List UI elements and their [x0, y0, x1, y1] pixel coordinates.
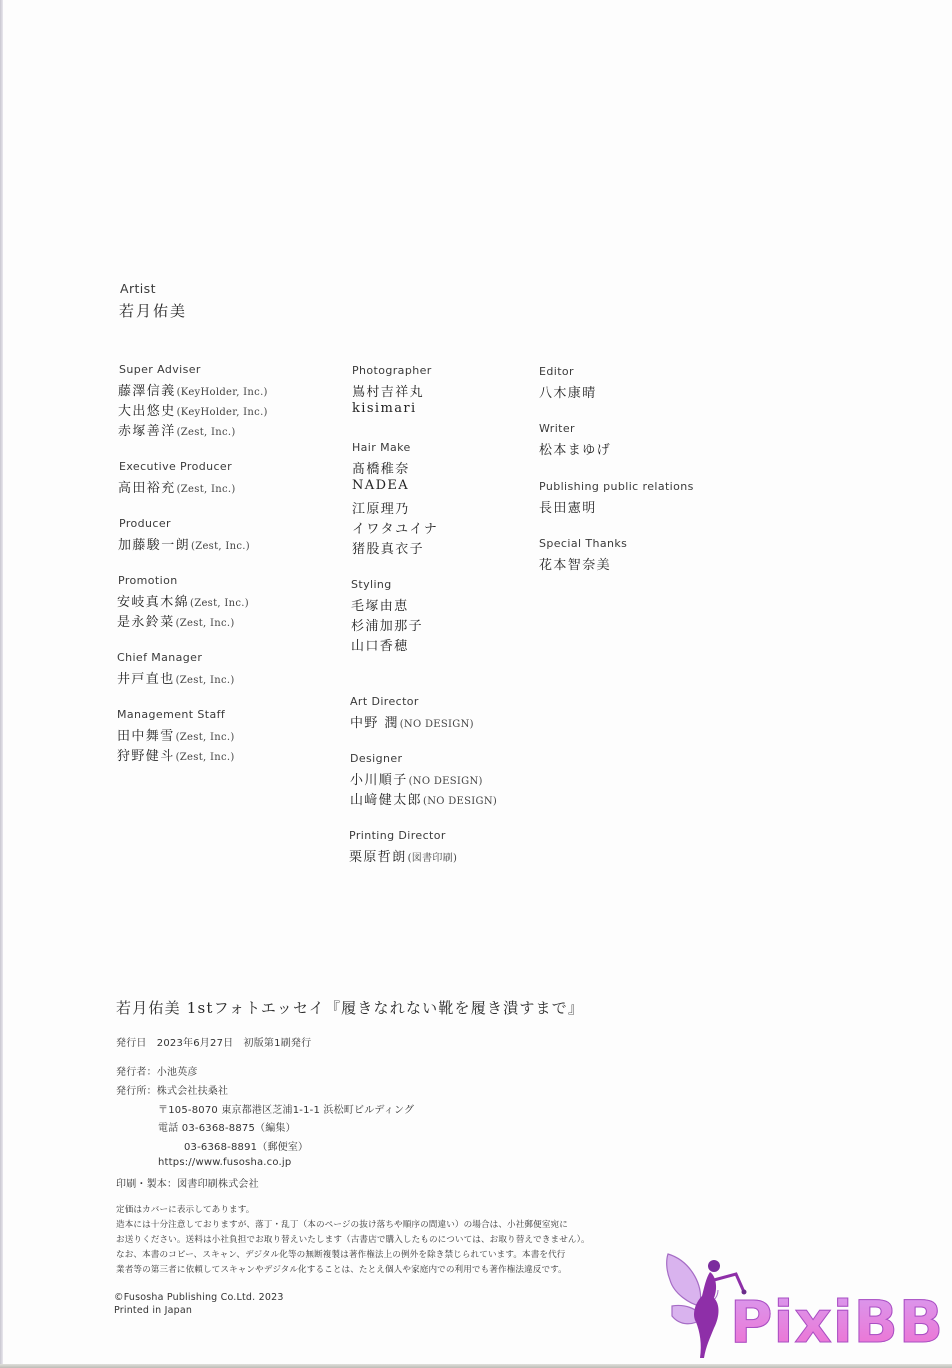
credit-name: 安岐真木綿(Zest, Inc.): [117, 591, 249, 610]
credit-name: 加藤駿一朗(Zest, Inc.): [118, 534, 250, 553]
credit-name: 赤塚善洋(Zest, Inc.): [118, 420, 236, 439]
credit-name: 栗原哲朗(図書印刷): [349, 846, 457, 865]
notice-line: 定価はカバーに表示してあります。: [116, 1203, 254, 1215]
credit-name: 田中舞雪(Zest, Inc.): [117, 725, 235, 744]
page-edge-bottom: [0, 1364, 952, 1368]
notice-line: 業者等の第三者に依頼してスキャンやデジタル化することは、たとえ個人や家庭内での利…: [116, 1263, 567, 1275]
role-photographer: Photographer: [352, 364, 432, 377]
credit-name: 山﨑健太郎(NO DESIGN): [350, 789, 497, 808]
publisher-address: 〒105-8070 東京都港区芝浦1-1-1 浜松町ビルディング: [158, 1101, 414, 1116]
publisher-person: 発行者：小池英彦: [116, 1063, 198, 1078]
credit-name: 山口香穂: [351, 635, 409, 654]
notice-line: 造本には十分注意しておりますが、落丁・乱丁（本のページの抜け落ちや順序の間違い）…: [116, 1218, 568, 1230]
role-styling: Styling: [351, 578, 392, 591]
credit-name: 井戸直也(Zest, Inc.): [117, 668, 235, 687]
role-designer: Designer: [350, 752, 402, 765]
role-writer: Writer: [539, 422, 575, 435]
credit-name: 髙橋稚奈: [352, 458, 410, 477]
role-art-director: Art Director: [350, 695, 419, 708]
printing-info: 印刷・製本：図書印刷株式会社: [116, 1175, 259, 1190]
notice-line: なお、本書のコピー、スキャン、デジタル化等の無断複製は著作権法上の例外を除き禁じ…: [116, 1248, 566, 1260]
credit-name: 毛塚由恵: [351, 595, 409, 614]
credit-name: 八木康晴: [539, 382, 597, 401]
credit-name: 狩野健斗(Zest, Inc.): [117, 745, 235, 764]
copyright: ©Fusosha Publishing Co.Ltd. 2023: [114, 1292, 284, 1303]
notice-line: お送りください。送料は小社負担でお取り替えいたします（古書店で購入したものについ…: [116, 1233, 590, 1245]
watermark-text: PixiBB: [730, 1288, 944, 1356]
credit-name: 杉浦加那子: [351, 615, 423, 634]
role-management-staff: Management Staff: [117, 708, 225, 721]
credit-name: 長田憲明: [539, 497, 597, 516]
credit-name: 小川順子(NO DESIGN): [350, 769, 483, 788]
credit-name: イワタユイナ: [352, 518, 438, 537]
role-hair-make: Hair Make: [352, 441, 411, 454]
phone-editorial: 電話 03-6368-8875（編集）: [158, 1119, 296, 1134]
credit-name: 江原理乃: [352, 498, 410, 517]
credit-name: 松本まゆげ: [539, 439, 611, 458]
credit-name: 高田裕充(Zest, Inc.): [118, 477, 236, 496]
credit-name: 大出悠史(KeyHolder, Inc.): [118, 400, 268, 419]
role-producer: Producer: [119, 517, 171, 530]
role-printing-director: Printing Director: [349, 829, 446, 842]
role-super-adviser: Super Adviser: [119, 363, 201, 376]
role-publishing-pr: Publishing public relations: [539, 480, 694, 493]
credit-name: 嶌村吉祥丸: [352, 381, 424, 400]
role-promotion: Promotion: [118, 574, 178, 587]
artist-name: 若月佑美: [119, 300, 187, 321]
publisher-url[interactable]: https://www.fusosha.co.jp: [158, 1157, 291, 1168]
printed-in: Printed in Japan: [114, 1305, 192, 1316]
credit-name: 藤澤信義(KeyHolder, Inc.): [118, 380, 268, 399]
credit-name: 猪股真衣子: [352, 538, 424, 557]
issue-date: 発行日 2023年6月27日 初版第1刷発行: [116, 1034, 311, 1049]
watermark-logo: PixiBB: [660, 1246, 950, 1364]
page-edge-left: [0, 0, 3, 1368]
role-editor: Editor: [539, 365, 574, 378]
credit-name: 是永鈴菜(Zest, Inc.): [117, 611, 235, 630]
publisher-company: 発行所：株式会社扶桑社: [116, 1082, 228, 1097]
role-executive-producer: Executive Producer: [119, 460, 232, 473]
credit-name: 中野 潤(NO DESIGN): [350, 712, 474, 731]
credit-name: kisimari: [352, 401, 417, 416]
book-title: 若月佑美 1stフォトエッセイ『履きなれない靴を履き潰すまで』: [116, 997, 584, 1018]
credit-name: 花本智奈美: [539, 554, 611, 573]
artist-label: Artist: [120, 281, 156, 296]
credit-name: NADEA: [352, 478, 409, 493]
role-chief-manager: Chief Manager: [117, 651, 202, 664]
role-special-thanks: Special Thanks: [539, 537, 627, 550]
phone-mailroom: 03-6368-8891（郵便室）: [184, 1138, 308, 1153]
